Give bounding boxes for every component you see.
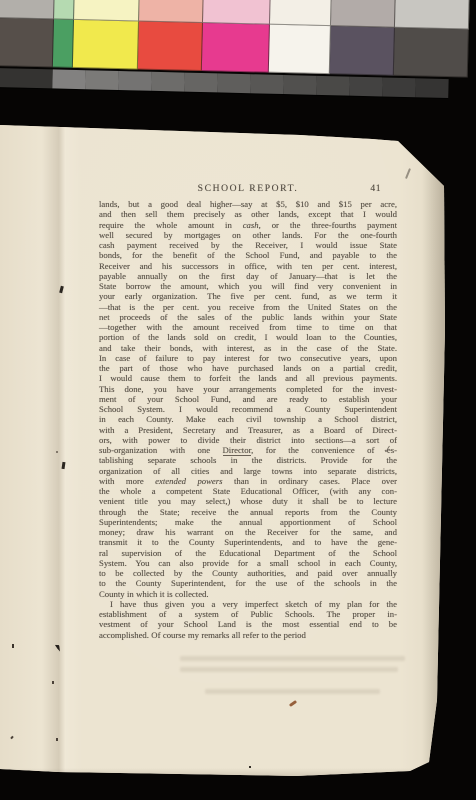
gray-step (250, 74, 283, 94)
gray-step (184, 73, 217, 93)
body-line: in each County. Make each civil township… (99, 414, 397, 424)
body-line: ral supervision of the Educational Depar… (99, 548, 397, 558)
gray-step (52, 69, 85, 89)
pencil-tick-mark (405, 168, 411, 179)
body-line: net proceeds of the sales of the public … (99, 312, 397, 322)
color-swatch (331, 0, 396, 28)
body-line: payable annually on the first day of Jan… (99, 271, 397, 281)
text-block: lands, but a good deal higher—say at $5,… (99, 199, 397, 640)
body-line: School System. I would recommend a Count… (99, 404, 397, 414)
body-line: and take their bonds, with interest, as … (99, 343, 397, 353)
color-swatch (73, 20, 139, 70)
body-line: In case of failure to pay interest for t… (99, 353, 397, 363)
body-line: —together with the amount received from … (99, 322, 397, 332)
running-title: SCHOOL REPORT. (198, 183, 299, 194)
ink-showthrough-line (180, 656, 405, 661)
color-swatch (0, 18, 54, 67)
color-swatch (270, 0, 332, 26)
color-swatch (138, 21, 203, 71)
scanned-page: SCHOOL REPORT. 41 lands, but a good deal… (0, 0, 476, 800)
gray-step (415, 78, 448, 98)
page-header: SCHOOL REPORT. 41 (99, 183, 397, 194)
body-line: lands, but a good deal higher—say at $5,… (99, 199, 397, 209)
body-line: to be collected by the County authoritie… (99, 568, 397, 578)
body-line: well secured by mortgages on other lands… (99, 230, 397, 240)
color-swatch (53, 19, 74, 67)
body-line: the whole a competent State Educational … (99, 486, 397, 496)
body-line: County in which it is collected. (99, 589, 397, 599)
body-line: cash payment received by the Receiver, I… (99, 240, 397, 250)
body-line: accomplished. Of course my remarks all r… (99, 630, 397, 640)
body-line: your early organization. The five per ce… (99, 291, 397, 301)
body-line: venient title you may select,) whose dut… (99, 496, 397, 506)
body-line: through the State; receive the annual re… (99, 507, 397, 517)
body-line: I would cause them to forfeit the lands … (99, 373, 397, 383)
body-line: I have thus given you a very imperfect s… (99, 599, 397, 609)
page-number: 41 (370, 183, 381, 194)
ink-showthrough-line (205, 689, 380, 694)
body-line: with a President, Secretary and Treasure… (99, 425, 397, 435)
paper-speck (56, 451, 58, 453)
body-line: Receiver and his successors in office, w… (99, 261, 397, 271)
gray-step (316, 76, 349, 96)
color-swatch (74, 0, 140, 21)
gray-step (85, 70, 118, 90)
color-swatch (202, 23, 270, 73)
paper-speck (10, 736, 13, 740)
color-swatch (395, 0, 470, 30)
color-swatch (54, 0, 75, 20)
body-line: transmit it to the County Superintendent… (99, 537, 397, 547)
page-bottom-shadow (0, 768, 440, 778)
body-line: —that is the per cent. you receive from … (99, 302, 397, 312)
color-swatch (139, 0, 204, 23)
gray-step (217, 73, 250, 93)
pencil-checkmark: ✓ (382, 443, 393, 457)
book-gutter-shadow (42, 124, 82, 774)
body-line: System. You can also provide for a small… (99, 558, 397, 568)
color-swatch (330, 26, 395, 76)
body-line: money; draw his warrant on the Receiver … (99, 527, 397, 537)
color-swatch (394, 28, 469, 78)
body-line: sub-organization with one Director, for … (99, 445, 397, 455)
paper-speck (56, 738, 58, 741)
page-edge-shadow (422, 140, 448, 770)
color-swatch (203, 0, 271, 25)
body-line: establishment of a system of Public Scho… (99, 609, 397, 619)
color-swatch (269, 25, 331, 74)
body-line: This done, you have your arrangements co… (99, 384, 397, 394)
ink-showthrough-line (180, 667, 398, 672)
paper-speck (12, 644, 14, 648)
body-line: State borrow the amount, which you will … (99, 281, 397, 291)
color-swatch (0, 0, 55, 19)
paper-speck (52, 681, 54, 684)
body-line: tablishing separate schools in the distr… (99, 455, 397, 465)
body-line: require the whole amount in cash, or the… (99, 220, 397, 230)
gray-step (349, 77, 382, 97)
gray-step (118, 71, 151, 91)
body-line: vestment of your School Land is the most… (99, 619, 397, 629)
gray-step (382, 77, 415, 97)
body-line: organization of all cities and large tow… (99, 466, 397, 476)
fiber-stain (289, 700, 297, 707)
paper-speck (249, 766, 251, 768)
gray-step (0, 68, 53, 88)
gray-step (151, 72, 184, 92)
body-line: portion of the lands sold on credit, I w… (99, 332, 397, 342)
body-line: the part of those who have purchased lan… (99, 363, 397, 373)
body-line: with more extended powers than in ordina… (99, 476, 397, 486)
body-line: to the County Superintendent, for the us… (99, 578, 397, 588)
gray-step (283, 75, 316, 95)
body-line: bonds, for the benefit of the School Fun… (99, 250, 397, 260)
body-line: Superintendents; make the annual apporti… (99, 517, 397, 527)
body-line: ment of your School Fund, and are ready … (99, 394, 397, 404)
color-calibration-chart (0, 0, 476, 99)
body-line: ors, with power to divide their district… (99, 435, 397, 445)
body-line: and then sell them precisely as other la… (99, 209, 397, 219)
